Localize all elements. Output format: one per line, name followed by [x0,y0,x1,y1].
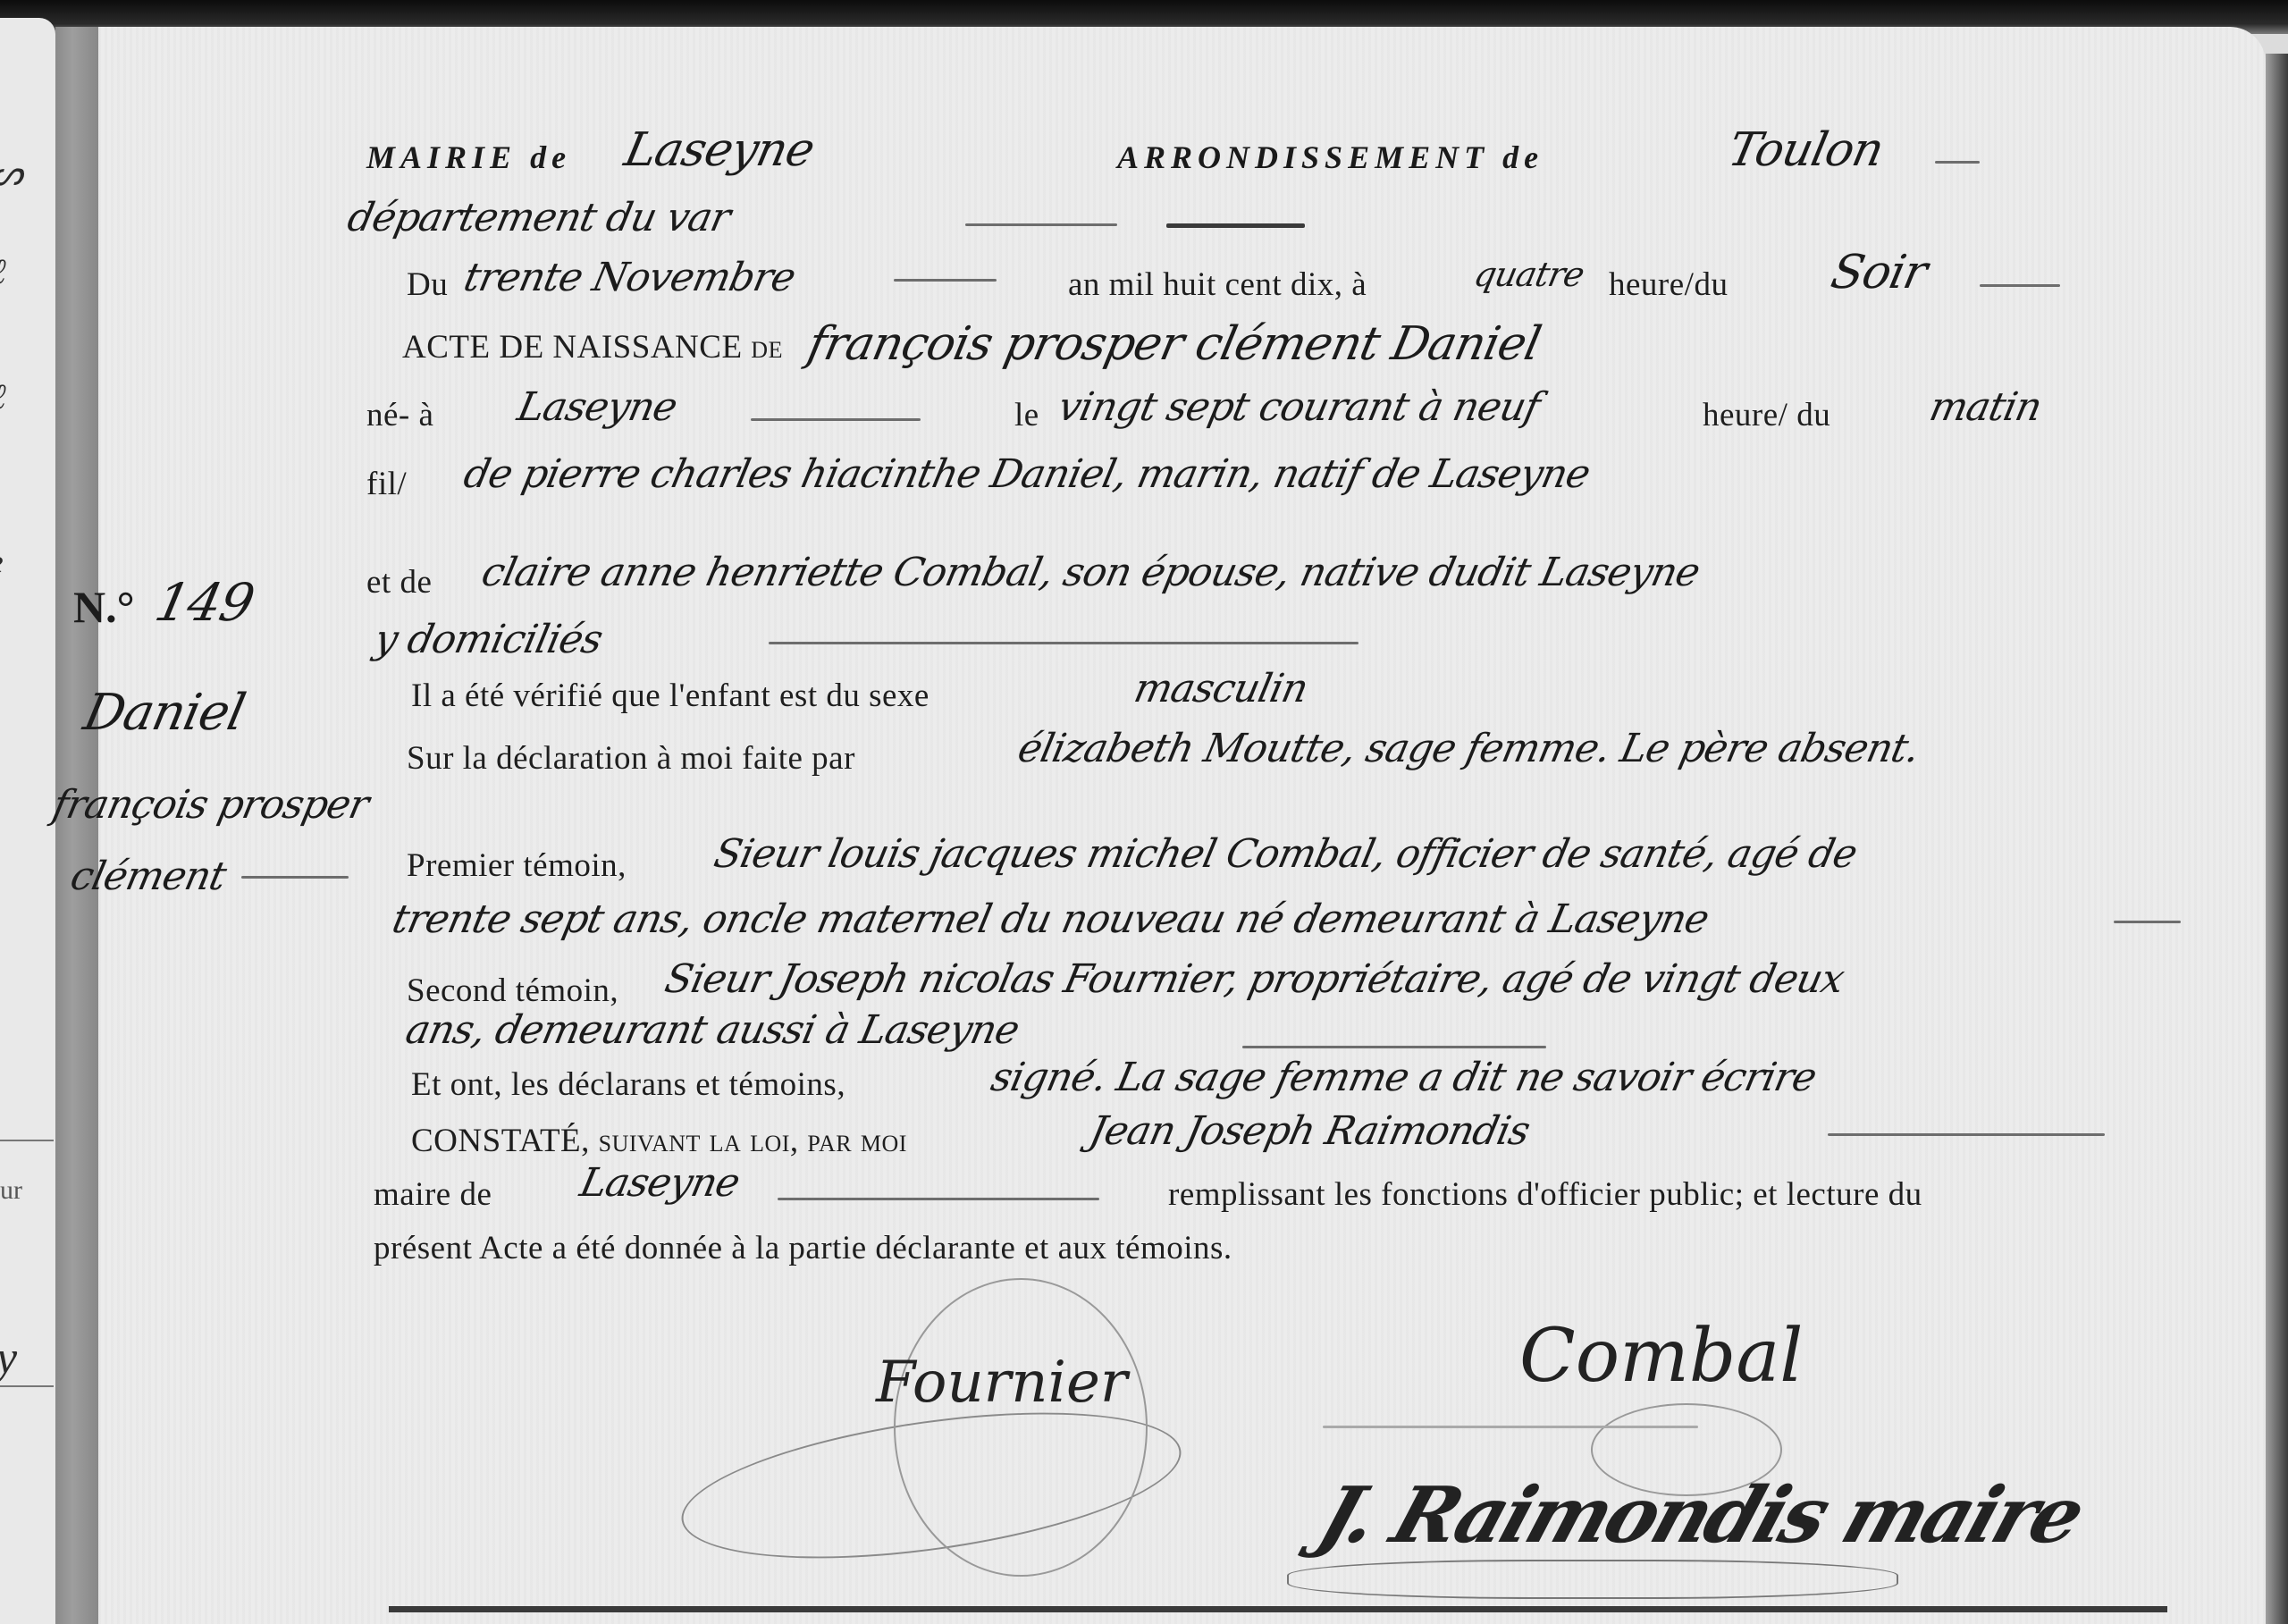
hour-text: heure/du [1609,265,1728,304]
previous-page-edge: ᔕ ℓ ℓ e ur y [0,18,55,1624]
born-date: vingt sept courant à neuf [1055,384,1544,430]
witness2-line2: ans, demeurant aussi à Laseyne [402,1007,1023,1053]
signed-value: signé. La sage femme a dit ne savoir écr… [988,1055,1821,1100]
fonctions-text: remplissant les fonctions d'officier pub… [1168,1175,1922,1214]
fill-dash [1980,284,2060,287]
fill-dash [965,223,1117,226]
fill-dash [1935,161,1980,164]
margin-given-names-2: clément [67,854,230,899]
fill-dash [751,418,921,421]
bottom-rule [389,1606,2167,1612]
signature-flourish [1287,1560,1898,1599]
born-label: né- à [366,396,433,434]
prev-page-fragment-text: ur [0,1175,22,1206]
mairie-value: Laseyne [620,123,819,177]
sex-value: masculin [1131,666,1312,711]
born-hour-label: heure/ du [1703,396,1830,434]
fill-dash [241,876,349,879]
declaration-text: Sur la déclaration à moi faite par [407,739,855,778]
prev-page-flourish: ℓ [0,375,6,417]
departement-value: département du var [344,195,735,240]
prev-page-flourish: ℓ [0,250,6,292]
page-right-edge [2266,54,2288,1624]
closing-text: présent Acte a été donnée à la partie dé… [374,1229,1232,1267]
witness1-line1: Sieur louis jacques michel Combal, offic… [711,831,1861,877]
father: de pierre charles hiacinthe Daniel, mari… [460,451,1594,497]
mother-label: et de [366,563,432,602]
constate-label: CONSTATÉ, suivant la loi, par moi [411,1122,907,1160]
child-name: françois prosper clément Daniel [803,317,1545,371]
hour-value: quatre [1470,255,1587,294]
officer-name: Jean Joseph Raimondis [1086,1108,1534,1154]
margin-given-names-1: françois prosper [49,782,373,828]
mother: claire anne henriette Combal, son épouse… [478,550,1703,595]
entry-number-value: 149 [150,572,259,633]
witness2-label: Second témoin, [407,972,618,1010]
date-value: trente Novembre [460,255,799,300]
sex-text: Il a été vérifié que l'enfant est du sex… [411,677,929,715]
prev-page-rule [0,1140,54,1141]
fill-dash [1242,1046,1546,1048]
margin-surname: Daniel [79,684,249,742]
fill-dash [894,279,997,282]
witness1-line2: trente sept ans, oncle maternel du nouve… [389,896,1713,942]
mayor-signature: J. Raimondis maire [1308,1470,2093,1561]
signature-stroke [1323,1426,1698,1428]
born-on-label: le [1014,396,1039,434]
fill-dash [2114,921,2181,923]
arrondissement-label: ARRONDISSEMENT de [1117,139,1544,176]
declarant: élizabeth Moutte, sage femme. Le père ab… [1014,726,1923,771]
signature-flourish [894,1278,1148,1577]
witness1-signature: Combal [1519,1314,1803,1399]
witness2-line1: Sieur Joseph nicolas Fournier, propriéta… [661,956,1848,1002]
entry-number-label: N.° [73,581,135,633]
fill-dash [769,642,1358,644]
maire-label: maire de [374,1175,492,1214]
prev-page-rule [0,1385,54,1387]
witness2-signature: Fournier [876,1350,1127,1416]
year-text: an mil huit cent dix, à [1068,265,1367,304]
born-time: matin [1926,384,2046,430]
date-prefix: Du [407,265,448,304]
fill-dash [778,1198,1099,1200]
mairie-label: MAIRIE de [366,139,571,176]
maire-place: Laseyne [576,1160,744,1206]
fill-dash [1828,1133,2105,1136]
arrondissement-value: Toulon [1724,123,1888,177]
header-rule [1166,223,1305,228]
acte-label: ACTE DE NAISSANCE de [402,328,783,366]
son-label: fil/ [366,465,407,503]
signed-text: Et ont, les déclarans et témoins, [411,1065,845,1104]
born-place: Laseyne [514,384,681,430]
prev-page-flourish: ᔕ [0,152,23,194]
witness1-label: Premier témoin, [407,846,627,885]
prev-page-fragment-text: y [0,1332,17,1384]
scanned-register-page: ᔕ ℓ ℓ e ur y MAIRIE de Laseyne ARRONDISS… [0,0,2288,1624]
prev-page-flourish: e [0,541,4,583]
domicile: y domiciliés [371,617,607,662]
time-of-day: Soir [1827,246,1931,299]
